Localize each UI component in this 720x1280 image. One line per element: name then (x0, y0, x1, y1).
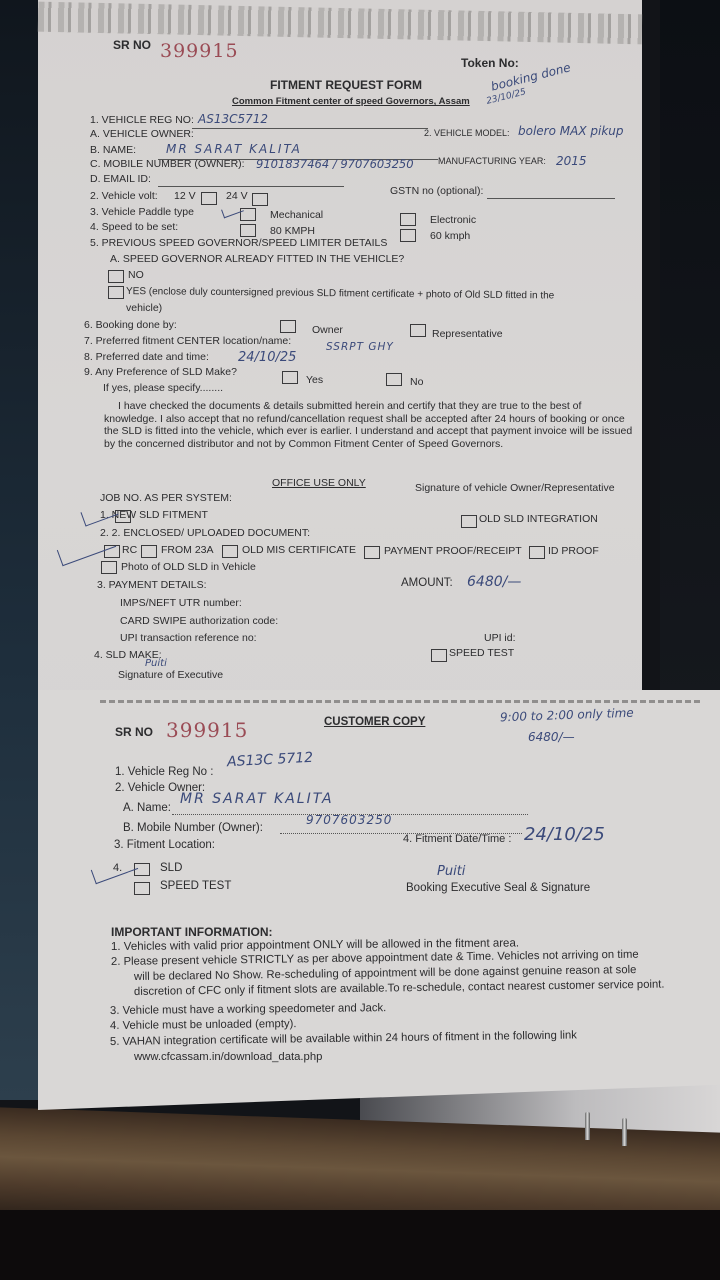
sld-pref-yes-label: Yes (306, 374, 323, 386)
doc-rc-label: RC (122, 544, 137, 556)
doc-mis-checkbox[interactable] (222, 545, 238, 558)
office-use-heading: OFFICE USE ONLY (272, 477, 366, 489)
volt-12-label: 12 V (174, 190, 196, 202)
declaration-text: I have checked the documents & details s… (104, 400, 636, 450)
prev-governor-question: A. SPEED GOVERNOR ALREADY FITTED IN THE … (110, 253, 404, 265)
amount-value[interactable]: 6480/— (467, 574, 521, 590)
form-subtitle: Common Fitment center of speed Governors… (232, 96, 470, 107)
doc-payment-label: PAYMENT PROOF/RECEIPT (384, 545, 522, 557)
speed-test-checkbox[interactable] (431, 649, 447, 662)
specify-label: If yes, please specify........ (103, 382, 223, 394)
upi-ref-label: UPI transaction reference no: (120, 632, 257, 644)
token-label: Token No: (461, 56, 519, 70)
documents-label: 2. 2. ENCLOSED/ UPLOADED DOCUMENT: (100, 527, 310, 539)
sld-pref-yes-checkbox[interactable] (282, 371, 298, 384)
upi-id-label: UPI id: (484, 632, 516, 644)
doc-payment-checkbox[interactable] (364, 546, 380, 559)
customer-mobile-value[interactable]: 9707603250 (306, 813, 392, 827)
booking-label: 6. Booking done by: (84, 319, 177, 331)
reg-no-value[interactable]: AS13C5712 (198, 112, 268, 126)
customer-sr-label: SR NO (115, 725, 153, 739)
gstn-label: GSTN no (optional): (390, 185, 483, 197)
mfg-year-label: MANUFACTURING YEAR: (438, 156, 546, 166)
booking-executive-signature: Puiti (437, 864, 465, 879)
customer-name-value[interactable]: MR SARAT KALITA (180, 791, 334, 807)
customer-speed-test-checkbox[interactable] (134, 882, 150, 895)
customer-note-line2: 6480/— (528, 730, 575, 744)
doc-photo-label: Photo of OLD SLD in Vehicle (121, 561, 256, 573)
prev-no-label: NO (128, 269, 144, 281)
volt-24-checkbox[interactable] (252, 193, 268, 206)
sld-pref-no-checkbox[interactable] (386, 373, 402, 386)
sr-number: 399915 (160, 40, 239, 62)
prev-no-checkbox[interactable] (108, 270, 124, 283)
doc-id-checkbox[interactable] (529, 546, 545, 559)
important-heading: IMPORTANT INFORMATION: (111, 925, 273, 939)
background-left (0, 0, 40, 1100)
executive-signature-label: Signature of Executive (118, 669, 223, 681)
center-label: 7. Preferred fitment CENTER location/nam… (84, 335, 291, 347)
customer-sr-number: 399915 (166, 718, 248, 742)
gstn-line (487, 198, 615, 199)
reg-no-label: 1. VEHICLE REG NO: (90, 114, 194, 126)
doc-photo-checkbox[interactable] (101, 561, 117, 574)
fitment-date-label: 4. Fitment Date/Time : (403, 833, 511, 845)
owner-signature-label: Signature of vehicle Owner/Representativ… (415, 482, 615, 494)
doc-id-label: ID PROOF (548, 545, 599, 557)
amount-label: AMOUNT: (401, 577, 453, 589)
mfg-year-value[interactable]: 2015 (556, 154, 587, 168)
booking-representative-label: Representative (432, 328, 503, 340)
screw-icon (585, 1112, 590, 1140)
mobile-label: C. MOBILE NUMBER (OWNER): (90, 158, 245, 170)
prev-yes-checkbox[interactable] (108, 286, 124, 299)
speed-80-label: 80 KMPH (270, 225, 315, 237)
reg-no-line (192, 128, 428, 129)
customer-sld-label: SLD (160, 862, 182, 874)
customer-speed-test-label: SPEED TEST (160, 880, 231, 892)
volt-label: 2. Vehicle volt: (90, 190, 158, 202)
booking-owner-label: Owner (312, 324, 343, 336)
name-label: B. NAME: (90, 144, 136, 156)
name-value[interactable]: MR SARAT KALITA (166, 142, 302, 156)
speed-60-checkbox[interactable] (400, 229, 416, 242)
center-value[interactable]: SSRPT GHY (326, 341, 394, 353)
form-title: FITMENT REQUEST FORM (270, 78, 422, 92)
booking-executive-label: Booking Executive Seal & Signature (406, 882, 590, 894)
model-label: 2. VEHICLE MODEL: (424, 128, 510, 138)
doc-mis-label: OLD MIS CERTIFICATE (242, 544, 356, 556)
doc-23a-checkbox[interactable] (141, 545, 157, 558)
mobile-value[interactable]: 9101837464 / 9707603250 (256, 157, 414, 171)
sr-label: SR NO (113, 38, 151, 52)
sld-pref-no-label: No (410, 376, 423, 388)
old-sld-label: OLD SLD INTEGRATION (479, 513, 598, 525)
owner-label: A. VEHICLE OWNER: (90, 128, 194, 140)
paddle-mechanical-label: Mechanical (270, 209, 323, 221)
old-sld-checkbox[interactable] (461, 515, 477, 528)
volt-24-label: 24 V (226, 190, 248, 202)
job-no-label: JOB NO. AS PER SYSTEM: (100, 492, 232, 504)
booking-owner-checkbox[interactable] (280, 320, 296, 333)
card-swipe-label: CARD SWIPE authorization code: (120, 615, 278, 627)
volt-12-checkbox[interactable] (201, 192, 217, 205)
email-line (158, 186, 344, 187)
date-value[interactable]: 24/10/25 (238, 350, 296, 365)
fitment-location-label: 3. Fitment Location: (114, 839, 215, 851)
speed-80-checkbox[interactable] (240, 224, 256, 237)
important-item-4: 4. Vehicle must be unloaded (empty). (110, 1018, 297, 1032)
email-label: D. EMAIL ID: (90, 173, 151, 185)
speed-test-label: SPEED TEST (449, 647, 514, 659)
customer-copy-heading: CUSTOMER COPY (324, 716, 425, 728)
screw-icon (622, 1118, 627, 1146)
customer-mobile-label: B. Mobile Number (Owner): (123, 822, 263, 834)
download-link[interactable]: www.cfcassam.in/download_data.php (134, 1051, 322, 1063)
prev-yes-cont: vehicle) (126, 302, 162, 314)
speed-60-label: 60 kmph (430, 230, 470, 242)
doc-23a-label: FROM 23A (161, 544, 214, 556)
fitment-date-value[interactable]: 24/10/25 (524, 824, 605, 845)
executive-signature: Puiti (145, 658, 167, 669)
dark-floor (0, 1210, 720, 1280)
customer-name-label: A. Name: (123, 802, 171, 814)
paddle-electronic-checkbox[interactable] (400, 213, 416, 226)
prev-governor-label: 5. PREVIOUS SPEED GOVERNOR/SPEED LIMITER… (90, 237, 387, 249)
sld-pref-label: 9. Any Preference of SLD Make? (84, 366, 237, 378)
customer-reg-label: 1. Vehicle Reg No : (115, 766, 213, 778)
payment-details-label: 3. PAYMENT DETAILS: (97, 579, 207, 591)
paddle-label: 3. Vehicle Paddle type (90, 206, 194, 218)
date-label: 8. Preferred date and time: (84, 351, 209, 363)
booking-representative-checkbox[interactable] (410, 324, 426, 337)
speed-label: 4. Speed to be set: (90, 221, 178, 233)
paddle-electronic-label: Electronic (430, 214, 476, 226)
imps-label: IMPS/NEFT UTR number: (120, 597, 242, 609)
model-value[interactable]: bolero MAX pikup (518, 124, 624, 138)
